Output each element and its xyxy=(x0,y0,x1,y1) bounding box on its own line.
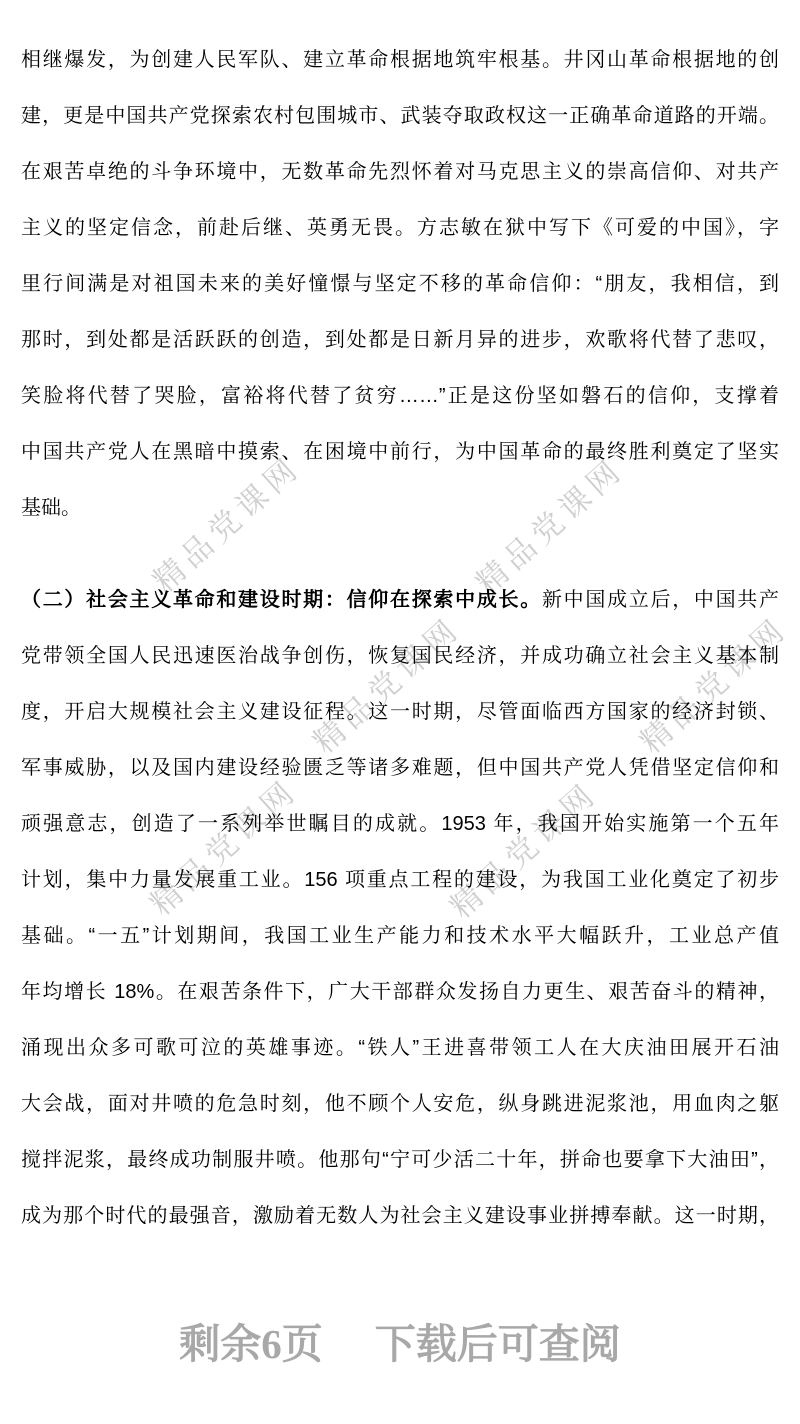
pages-remaining-label: 剩余6页 xyxy=(179,1320,323,1368)
section-heading: （二）社会主义革命和建设时期：信仰在探索中成长。 xyxy=(21,589,542,611)
text-line: 年均增长 18%。在艰苦条件下，广大干部群众发扬自力更生、艰苦奋斗的精神， xyxy=(21,964,779,1020)
text-line: 相继爆发，为创建人民军队、建立革命根据地筑牢根基。井冈山革命根据地的创 xyxy=(21,32,779,88)
text-line: 基础。“一五”计划期间，我国工业生产能力和技术水平大幅跃升，工业总产值 xyxy=(21,908,779,964)
text-line: 笑脸将代替了哭脸，富裕将代替了贫穷……”正是这份坚如磐石的信仰，支撑着 xyxy=(21,368,779,424)
text-line: 军事威胁，以及国内建设经验匮乏等诸多难题，但中国共产党人凭借坚定信仰和 xyxy=(21,740,779,796)
paragraph-1: 相继爆发，为创建人民军队、建立革命根据地筑牢根基。井冈山革命根据地的创 建，更是… xyxy=(21,32,779,536)
text-line: 在艰苦卓绝的斗争环境中，无数革命先烈怀着对马克思主义的崇高信仰、对共产 xyxy=(21,144,779,200)
text-line: 基础。 xyxy=(21,480,779,536)
document-page: 精品党课网 精品党课网 精品党课网 精品党课网 精品党课网 精品党课网 相继爆发… xyxy=(0,0,800,1424)
text-line: 中国共产党人在黑暗中摸索、在困境中前行，为中国革命的最终胜利奠定了坚实 xyxy=(21,424,779,480)
text-line: 顽强意志，创造了一系列举世瞩目的成就。1953 年，我国开始实施第一个五年 xyxy=(21,796,779,852)
text-line: 主义的坚定信念，前赴后继、英勇无畏。方志敏在狱中写下《可爱的中国》，字 xyxy=(21,200,779,256)
footer-notice: 剩余6页 下载后可查阅 xyxy=(0,1320,800,1368)
text-line: 大会战，面对井喷的危急时刻，他不顾个人安危，纵身跳进泥浆池，用血肉之躯 xyxy=(21,1076,779,1132)
text-line: 搅拌泥浆，最终成功制服井喷。他那句“宁可少活二十年，拼命也要拿下大油田”， xyxy=(21,1132,779,1188)
text-line: 涌现出众多可歌可泣的英雄事迹。“铁人”王进喜带领工人在大庆油田展开石油 xyxy=(21,1020,779,1076)
text-line: 建，更是中国共产党探索农村包围城市、武装夺取政权这一正确革命道路的开端。 xyxy=(21,88,779,144)
text-line: 党带领全国人民迅速医治战争创伤，恢复国民经济，并成功确立社会主义基本制 xyxy=(21,628,779,684)
paragraph-2: （二）社会主义革命和建设时期：信仰在探索中成长。新中国成立后，中国共产 党带领全… xyxy=(21,572,779,1244)
text-line: 里行间满是对祖国未来的美好憧憬与坚定不移的革命信仰：“朋友，我相信，到 xyxy=(21,256,779,312)
text-line: 那时，到处都是活跃跃的创造，到处都是日新月异的进步，欢歌将代替了悲叹， xyxy=(21,312,779,368)
download-hint-label: 下载后可查阅 xyxy=(375,1320,621,1368)
text-line: 计划，集中力量发展重工业。156 项重点工程的建设，为我国工业化奠定了初步 xyxy=(21,852,779,908)
text-line: 度，开启大规模社会主义建设征程。这一时期，尽管面临西方国家的经济封锁、 xyxy=(21,684,779,740)
section-heading-line: （二）社会主义革命和建设时期：信仰在探索中成长。新中国成立后，中国共产 xyxy=(21,572,779,628)
heading-trailing-text: 新中国成立后，中国共产 xyxy=(542,589,779,611)
text-line: 成为那个时代的最强音，激励着无数人为社会主义建设事业拼搏奉献。这一时期， xyxy=(21,1188,779,1244)
